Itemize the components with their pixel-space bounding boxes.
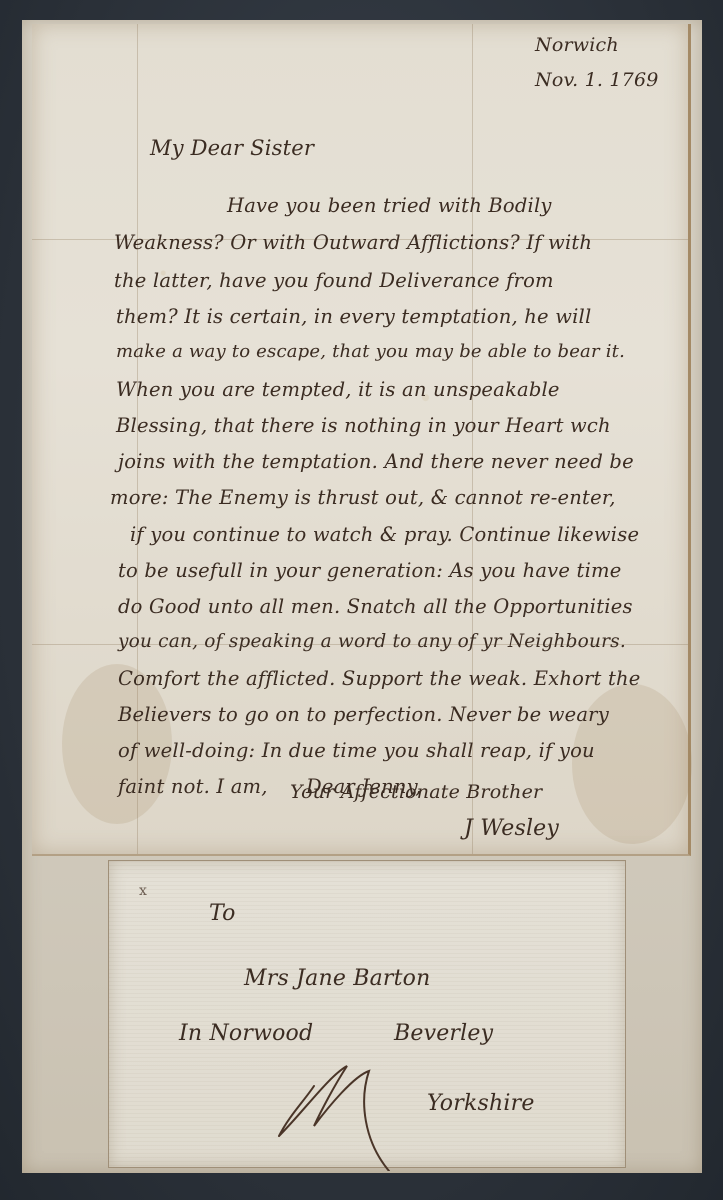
letter-sheet: Norwich Nov. 1. 1769 My Dear Sister Have… (32, 24, 691, 856)
body-line: Comfort the afflicted. Support the weak.… (118, 667, 641, 690)
body-line: joins with the temptation. And there nev… (118, 450, 634, 473)
cover-county: Yorkshire (427, 1091, 535, 1116)
letter-salutation: My Dear Sister (150, 136, 314, 160)
body-line: make a way to escape, that you may be ab… (116, 341, 625, 362)
body-line: do Good unto all men. Snatch all the Opp… (118, 595, 633, 618)
letter-date: Nov. 1. 1769 (535, 69, 659, 91)
cover-mark: x (139, 883, 147, 899)
body-line: Blessing, that there is nothing in your … (116, 414, 611, 437)
body-line: them? It is certain, in every temptation… (116, 305, 591, 328)
address-cover: x To Mrs Jane Barton In Norwood Beverley… (108, 860, 626, 1168)
body-line: the latter, have you found Deliverance f… (114, 269, 554, 292)
body-line: to be usefull in your generation: As you… (118, 559, 621, 582)
cover-to: To (209, 901, 236, 926)
body-line: more: The Enemy is thrust out, & cannot … (110, 486, 616, 509)
letter-signature: J Wesley (464, 816, 559, 841)
body-line: When you are tempted, it is an unspeakab… (116, 378, 560, 401)
body-line: you can, of speaking a word to any of yr… (118, 631, 626, 652)
fold-line (472, 24, 473, 854)
body-line: Weakness? Or with Outward Afflictions? I… (114, 231, 592, 254)
letter-place: Norwich (535, 34, 619, 56)
cover-recipient: Mrs Jane Barton (244, 966, 431, 991)
body-line: if you continue to watch & pray. Continu… (130, 523, 639, 546)
body-line: Believers to go on to perfection. Never … (118, 703, 609, 726)
body-line: Have you been tried with Bodily (227, 194, 552, 217)
postal-mark-icon (259, 1031, 409, 1171)
body-line: of well-doing: In due time you shall rea… (118, 739, 595, 762)
letter-closing: Your Affectionate Brother (290, 781, 542, 803)
